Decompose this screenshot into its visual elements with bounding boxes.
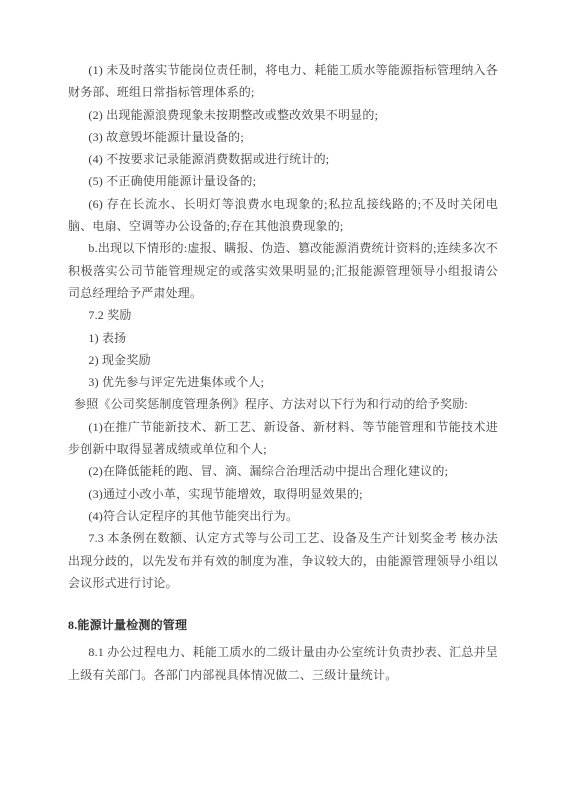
paragraph-reward-reference: 参照《公司奖惩制度管理条例》程序、方法对以下行为和行动的给予奖励: [68,393,498,415]
paragraph-penalty-item-4: (4) 不按要求记录能源消费数据或进行统计的; [68,148,498,170]
paragraph-reward-item-2: (2)在降低能耗的跑、冒、滴、漏综合治理活动中提出合理化建议的; [68,460,498,482]
paragraph-reward-item-4: (4)符合认定程序的其他节能突出行为。 [68,505,498,527]
paragraph-penalty-item-6: (6) 存在长流水、长明灯等浪费水电现象的;私拉乱接线路的;不及时关闭电脑、电扇… [68,193,498,238]
paragraph-section-8-1: 8.1 办公过程电力、耗能工质水的二级计量由办公室统计负责抄表、汇总并呈上级有关… [68,641,498,686]
paragraph-penalty-item-2: (2) 出现能源浪费现象未按期整改或整改效果不明显的; [68,104,498,126]
paragraph-reward-type-3: 3) 优先参与评定先进集体或个人; [68,371,498,393]
paragraph-section-7-3: 7.3 本条例在数额、认定方式等与公司工艺、设备及生产计划奖金考 核办法出现分歧… [68,527,498,594]
paragraph-reward-type-1: 1) 表扬 [68,327,498,349]
document-body: (1) 未及时落实节能岗位责任制，将电力、耗能工质水等能源指标管理纳入各财务部、… [68,59,498,686]
section-heading-8: 8.能源计量检测的管理 [68,614,498,636]
paragraph-penalty-clause-b: b.出现以下情形的:虚报、瞒报、伪造、篡改能源消费统计资料的;连续多次不积极落实… [68,237,498,304]
paragraph-reward-item-1: (1)在推广节能新技术、新工艺、新设备、新材料、等节能管理和节能技术进步创新中取… [68,416,498,461]
paragraph-reward-item-3: (3)通过小改小革，实现节能增效，取得明显效果的; [68,483,498,505]
paragraph-penalty-item-5: (5) 不正确使用能源计量设备的; [68,170,498,192]
paragraph-reward-type-2: 2) 现金奖励 [68,349,498,371]
document-page: (1) 未及时落实节能岗位责任制，将电力、耗能工质水等能源指标管理纳入各财务部、… [0,0,562,795]
paragraph-penalty-item-3: (3) 故意毁坏能源计量设备的; [68,126,498,148]
paragraph-section-7-2: 7.2 奖励 [68,304,498,326]
paragraph-penalty-item-1: (1) 未及时落实节能岗位责任制，将电力、耗能工质水等能源指标管理纳入各财务部、… [68,59,498,104]
